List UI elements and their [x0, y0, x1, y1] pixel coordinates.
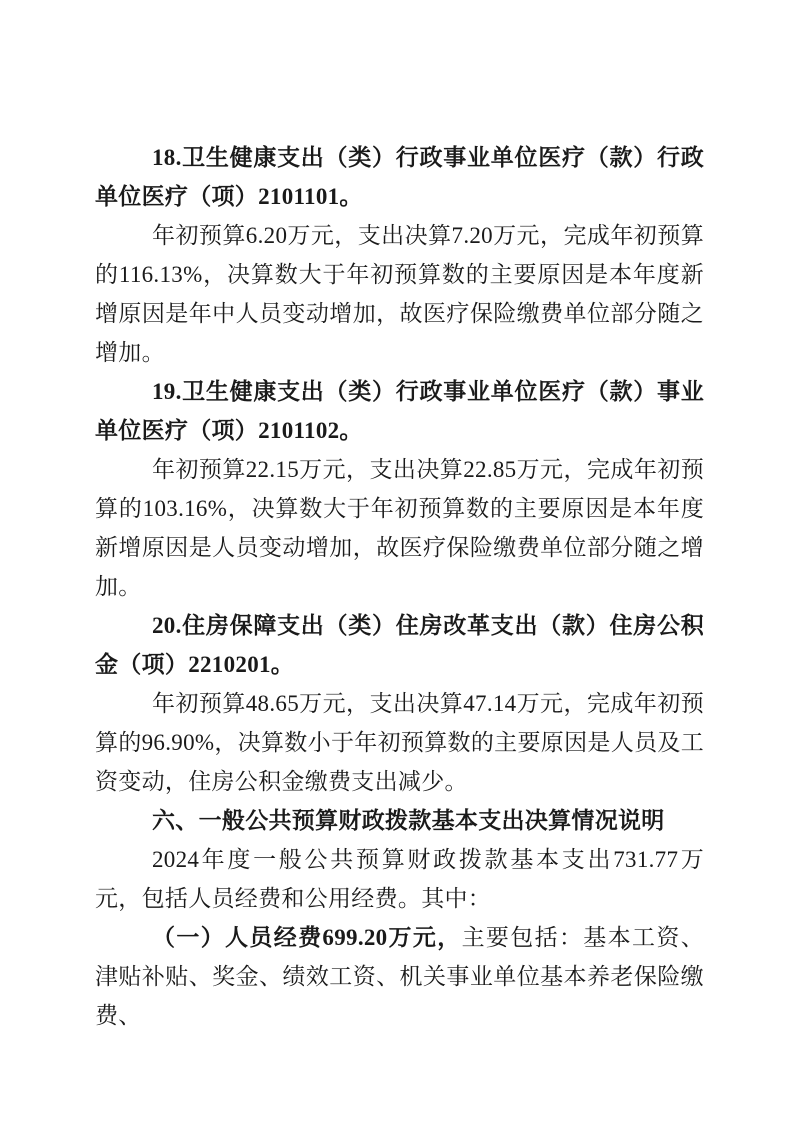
document-page: 18.卫生健康支出（类）行政事业单位医疗（款）行政单位医疗（项）2101101。… [0, 0, 793, 1122]
subsection-19-heading: 19.卫生健康支出（类）行政事业单位医疗（款）事业单位医疗（项）2101102。 [95, 372, 704, 450]
section-6-heading: 六、一般公共预算财政拨款基本支出决算情况说明 [95, 801, 704, 840]
subsection-20-paragraph: 年初预算48.65万元，支出决算47.14万元，完成年初预算的96.90%，决算… [95, 684, 704, 801]
personnel-expense-paragraph: （一）人员经费699.20万元，主要包括：基本工资、津贴补贴、奖金、绩效工资、机… [95, 918, 704, 1035]
section-6-intro-paragraph: 2024年度一般公共预算财政拨款基本支出731.77万元，包括人员经费和公用经费… [95, 840, 704, 918]
subsection-18-heading: 18.卫生健康支出（类）行政事业单位医疗（款）行政单位医疗（项）2101101。 [95, 138, 704, 216]
subsection-18-paragraph: 年初预算6.20万元，支出决算7.20万元，完成年初预算的116.13%，决算数… [95, 216, 704, 372]
subsection-20-heading: 20.住房保障支出（类）住房改革支出（款）住房公积金（项）2210201。 [95, 606, 704, 684]
personnel-expense-bold-lead: （一）人员经费699.20万元， [152, 925, 462, 950]
subsection-19-paragraph: 年初预算22.15万元，支出决算22.85万元，完成年初预算的103.16%，决… [95, 450, 704, 606]
